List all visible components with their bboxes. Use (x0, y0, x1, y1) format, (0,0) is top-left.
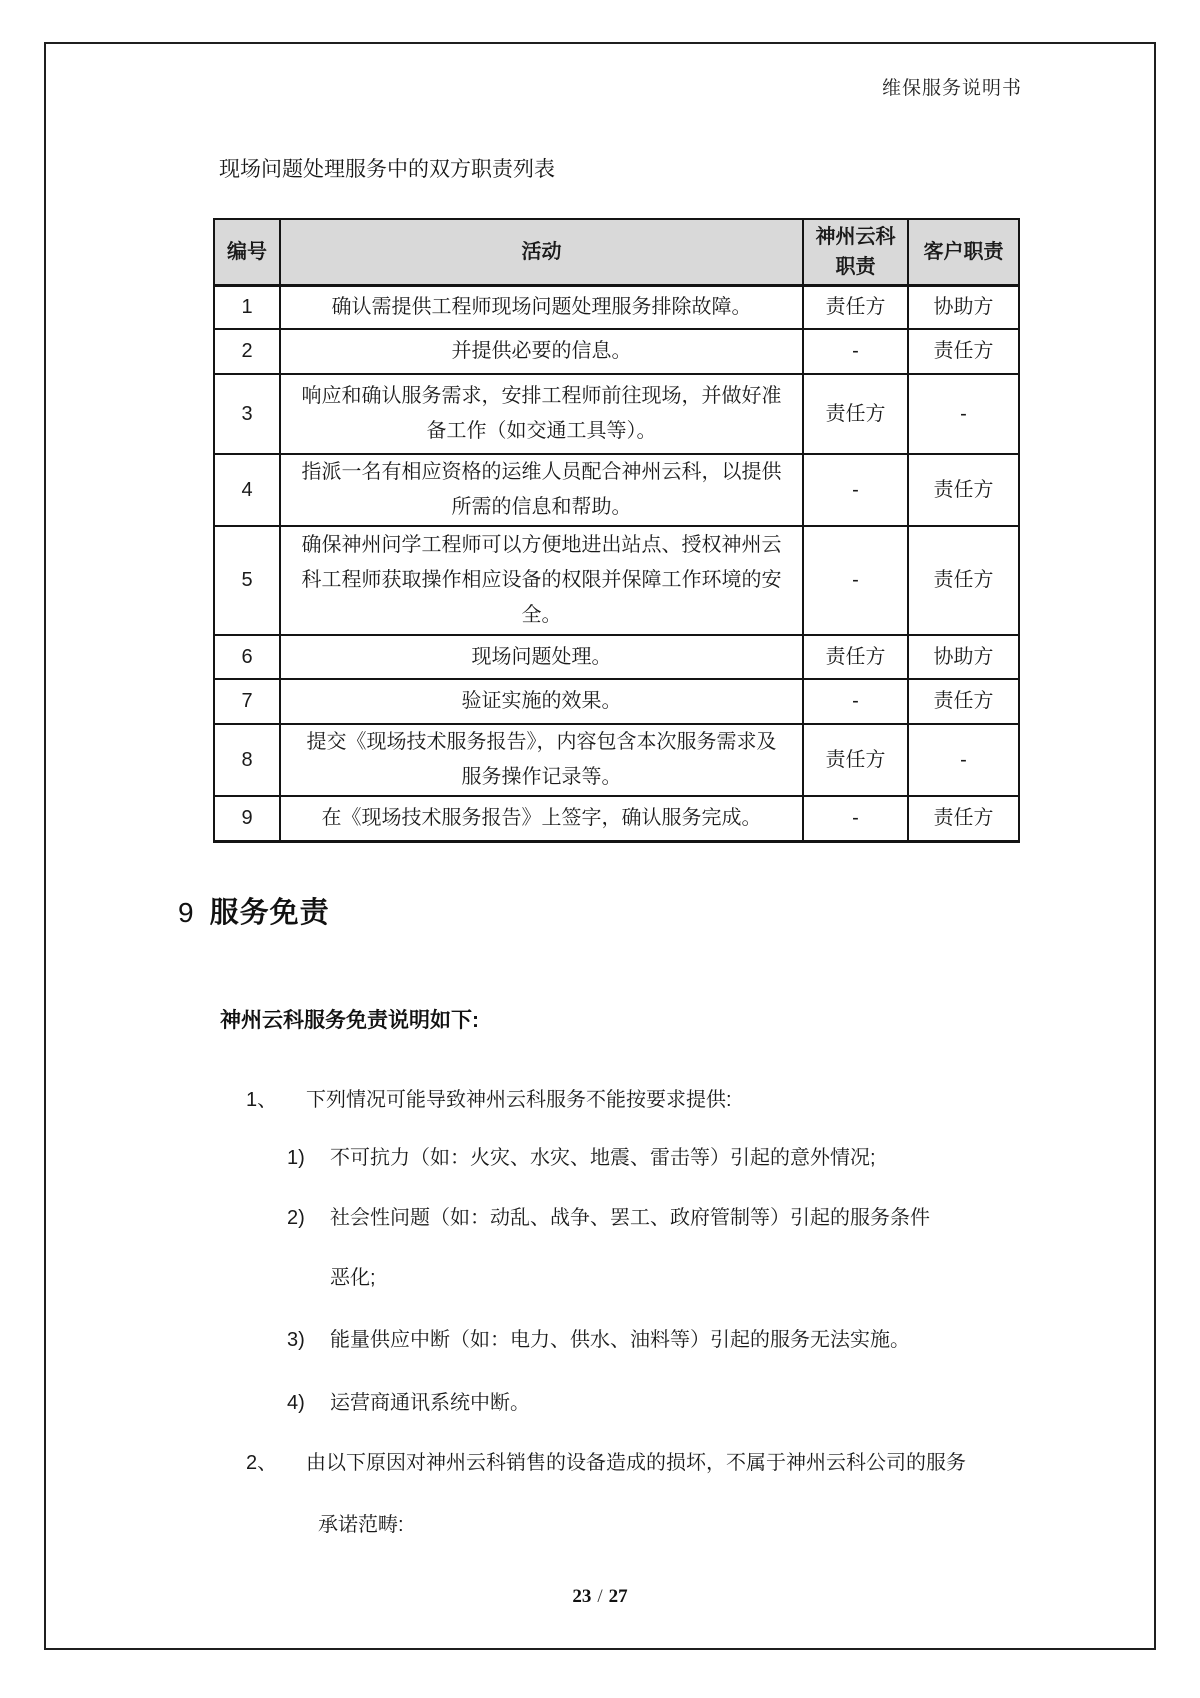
table-row: 4 指派一名有相应资格的运维人员配合神州云科，以提供 所需的信息和帮助。 - 责… (214, 454, 1019, 526)
list-item-number: 2) (287, 1203, 305, 1233)
row-customer-duty: 责任方 (908, 679, 1019, 724)
row-vendor-duty: 责任方 (803, 285, 908, 329)
list-item-text: 运营商通讯系统中断。 (330, 1388, 530, 1418)
row-customer-duty: 责任方 (908, 329, 1019, 374)
row-activity: 指派一名有相应资格的运维人员配合神州云科，以提供 所需的信息和帮助。 (280, 454, 803, 526)
row-activity: 确保神州问学工程师可以方便地进出站点、授权神州云 科工程师获取操作相应设备的权限… (280, 526, 803, 635)
row-vendor-duty: 责任方 (803, 724, 908, 796)
row-number: 2 (214, 329, 280, 374)
list-item-text: 不可抗力（如：火灾、水灾、地震、雷击等）引起的意外情况; (330, 1143, 876, 1173)
row-activity: 现场问题处理。 (280, 635, 803, 679)
disclaimer-item-continuation: 承诺范畴: (0, 1510, 1200, 1540)
section-heading: 9服务免责 (178, 894, 330, 932)
table-row: 9 在《现场技术服务报告》上签字，确认服务完成。 - 责任方 (214, 796, 1019, 841)
table-row: 2 并提供必要的信息。 - 责任方 (214, 329, 1019, 374)
row-number: 1 (214, 285, 280, 329)
disclaimer-intro: 神州云科服务免责说明如下: (220, 1006, 479, 1036)
doc-header-title: 维保服务说明书 (882, 76, 1022, 102)
row-activity: 确认需提供工程师现场问题处理服务排除故障。 (280, 285, 803, 329)
disclaimer-item: 2、 由以下原因对神州云科销售的设备造成的损坏，不属于神州云科公司的服务 (0, 1448, 1200, 1478)
list-item-number: 3) (287, 1325, 305, 1355)
list-item-text: 社会性问题（如：动乱、战争、罢工、政府管制等）引起的服务条件 (330, 1203, 930, 1233)
disclaimer-item: 3) 能量供应中断（如：电力、供水、油料等）引起的服务无法实施。 (0, 1325, 1200, 1355)
list-item-number: 1、 (246, 1085, 277, 1115)
table-row: 5 确保神州问学工程师可以方便地进出站点、授权神州云 科工程师获取操作相应设备的… (214, 526, 1019, 635)
row-customer-duty: - (908, 374, 1019, 454)
table-row: 8 提交《现场技术服务报告》，内容包含本次服务需求及 服务操作记录等。 责任方 … (214, 724, 1019, 796)
row-customer-duty: 协助方 (908, 285, 1019, 329)
row-number: 3 (214, 374, 280, 454)
row-number: 8 (214, 724, 280, 796)
list-item-text: 恶化; (330, 1263, 376, 1293)
row-customer-duty: 协助方 (908, 635, 1019, 679)
table-row: 7 验证实施的效果。 - 责任方 (214, 679, 1019, 724)
row-customer-duty: 责任方 (908, 526, 1019, 635)
list-item-number: 4) (287, 1388, 305, 1418)
table-caption: 现场问题处理服务中的双方职责列表 (219, 156, 555, 184)
list-item-text: 下列情况可能导致神州云科服务不能按要求提供: (306, 1085, 732, 1115)
row-activity: 并提供必要的信息。 (280, 329, 803, 374)
row-customer-duty: - (908, 724, 1019, 796)
row-vendor-duty: 责任方 (803, 635, 908, 679)
list-item-text: 能量供应中断（如：电力、供水、油料等）引起的服务无法实施。 (330, 1325, 910, 1355)
responsibilities-table: 编号 活动 神州云科职责 客户职责 1 确认需提供工程师现场问题处理服务排除故障… (213, 218, 1020, 843)
row-customer-duty: 责任方 (908, 796, 1019, 841)
row-vendor-duty: - (803, 526, 908, 635)
page-number: 23/27 (0, 1583, 1200, 1610)
row-number: 4 (214, 454, 280, 526)
column-header-vendor-duty: 神州云科职责 (803, 219, 908, 285)
row-vendor-duty: 责任方 (803, 374, 908, 454)
row-vendor-duty: - (803, 796, 908, 841)
column-header-number: 编号 (214, 219, 280, 285)
table-row: 1 确认需提供工程师现场问题处理服务排除故障。 责任方 协助方 (214, 285, 1019, 329)
row-vendor-duty: - (803, 454, 908, 526)
page-separator: / (591, 1586, 608, 1607)
page-current: 23 (572, 1586, 591, 1607)
row-vendor-duty: - (803, 329, 908, 374)
row-activity: 响应和确认服务需求，安排工程师前往现场，并做好准 备工作（如交通工具等）。 (280, 374, 803, 454)
row-number: 9 (214, 796, 280, 841)
disclaimer-item: 1) 不可抗力（如：火灾、水灾、地震、雷击等）引起的意外情况; (0, 1143, 1200, 1173)
list-item-number: 1) (287, 1143, 305, 1173)
row-activity: 验证实施的效果。 (280, 679, 803, 724)
list-item-text: 承诺范畴: (318, 1510, 404, 1540)
row-activity: 提交《现场技术服务报告》，内容包含本次服务需求及 服务操作记录等。 (280, 724, 803, 796)
row-customer-duty: 责任方 (908, 454, 1019, 526)
disclaimer-item: 4) 运营商通讯系统中断。 (0, 1388, 1200, 1418)
page-total: 27 (609, 1586, 628, 1607)
disclaimer-item: 1、 下列情况可能导致神州云科服务不能按要求提供: (0, 1085, 1200, 1115)
table-header-row: 编号 活动 神州云科职责 客户职责 (214, 219, 1019, 285)
row-number: 7 (214, 679, 280, 724)
table-row: 6 现场问题处理。 责任方 协助方 (214, 635, 1019, 679)
list-item-number: 2、 (246, 1448, 277, 1478)
row-vendor-duty: - (803, 679, 908, 724)
column-header-activity: 活动 (280, 219, 803, 285)
disclaimer-item-continuation: 恶化; (0, 1263, 1200, 1293)
table-row: 3 响应和确认服务需求，安排工程师前往现场，并做好准 备工作（如交通工具等）。 … (214, 374, 1019, 454)
list-item-text: 由以下原因对神州云科销售的设备造成的损坏，不属于神州云科公司的服务 (306, 1448, 966, 1478)
section-title: 服务免责 (210, 897, 330, 929)
column-header-customer-duty: 客户职责 (908, 219, 1019, 285)
section-number: 9 (178, 897, 194, 928)
row-number: 5 (214, 526, 280, 635)
disclaimer-item: 2) 社会性问题（如：动乱、战争、罢工、政府管制等）引起的服务条件 (0, 1203, 1200, 1233)
row-activity: 在《现场技术服务报告》上签字，确认服务完成。 (280, 796, 803, 841)
row-number: 6 (214, 635, 280, 679)
